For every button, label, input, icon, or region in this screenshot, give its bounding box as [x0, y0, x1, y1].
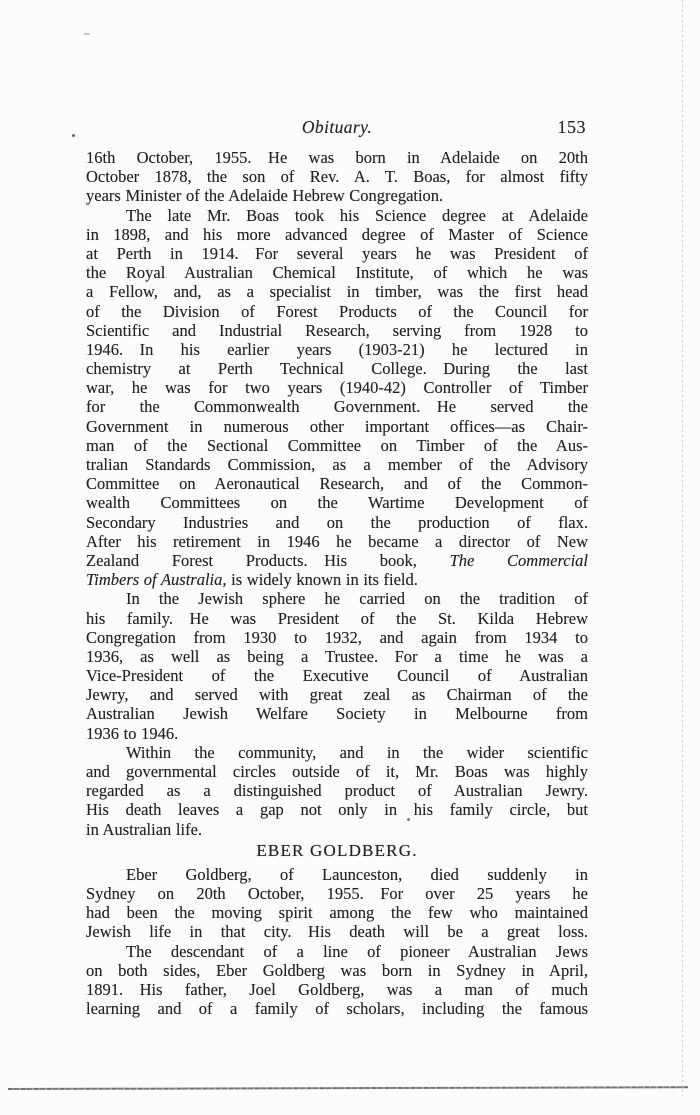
text-line: October 1878, the son of Rev. A. T. Boas… [86, 167, 588, 186]
text-line: Zealand Forest Products. His book, The C… [86, 551, 588, 570]
text-line: Timbers of Australia, is widely known in… [86, 570, 588, 589]
running-title: Obituary. [86, 117, 588, 137]
text-line: Eber Goldberg, of Launceston, died sudde… [86, 865, 588, 884]
document-body: 16th October, 1955. He was born in Adela… [86, 148, 588, 1018]
text-line: man of the Sectional Committee on Timber… [86, 436, 588, 455]
text-line: Jewish life in that city. His death will… [86, 922, 588, 941]
text-line: at Perth in 1914. For several years he w… [86, 244, 588, 263]
text-line: on both sides, Eber Goldberg was born in… [86, 961, 588, 980]
text-line: Committee on Aeronautical Research, and … [86, 474, 588, 493]
text-line: chemistry at Perth Technical College. Du… [86, 359, 588, 378]
text-line: in 1898, and his more advanced degree of… [86, 225, 588, 244]
text-line: Sydney on 20th October, 1955. For over 2… [86, 884, 588, 903]
text-line: 1946. In his earlier years (1903-21) he … [86, 340, 588, 359]
scan-speck-dot [72, 134, 75, 137]
text-line: 1936, as well as being a Trustee. For a … [86, 647, 588, 666]
text-line: The descendant of a line of pioneer Aust… [86, 942, 588, 961]
text-line: for the Commonwealth Government. He serv… [86, 397, 588, 416]
scan-artifact-page-edge-line [682, 0, 683, 1096]
text-line: Vice-President of the Executive Council … [86, 666, 588, 685]
text-line: After his retirement in 1946 he became a… [86, 532, 588, 551]
text-line: In the Jewish sphere he carried on the t… [86, 589, 588, 608]
text-line: The late Mr. Boas took his Science degre… [86, 206, 588, 225]
text-line: tralian Standards Commission, as a membe… [86, 455, 588, 474]
page-header: Obituary. 153 [86, 117, 588, 137]
text-line: Within the community, and in the wider s… [86, 743, 588, 762]
text-line: a Fellow, and, as a specialist in timber… [86, 282, 588, 301]
text-line: Government in numerous other important o… [86, 417, 588, 436]
text-line: Scientific and Industrial Research, serv… [86, 321, 588, 340]
text-line: learning and of a family of scholars, in… [86, 999, 588, 1018]
section-heading: EBER GOLDBERG. [86, 841, 588, 861]
text-block: Obituary. 153 16th October, 1955. He was… [86, 117, 588, 1018]
scan-speck-dash [84, 33, 90, 35]
text-line: war, he was for two years (1940-42) Cont… [86, 378, 588, 397]
text-line: and governmental circles outside of it, … [86, 762, 588, 781]
text-line: wealth Committees on the Wartime Develop… [86, 493, 588, 512]
text-line: his family. He was President of the St. … [86, 609, 588, 628]
scan-artifact-horizontal-line [8, 1086, 688, 1090]
text-line: the Royal Australian Chemical Institute,… [86, 263, 588, 282]
text-line: in Australian life. [86, 820, 588, 839]
text-line: regarded as a distinguished product of A… [86, 781, 588, 800]
text-line: Congregation from 1930 to 1932, and agai… [86, 628, 588, 647]
text-line: Secondary Industries and on the producti… [86, 513, 588, 532]
page-number: 153 [558, 117, 587, 137]
text-line: Jewry, and served with great zeal as Cha… [86, 685, 588, 704]
text-line: years Minister of the Adelaide Hebrew Co… [86, 186, 588, 205]
text-line: 1891. His father, Joel Goldberg, was a m… [86, 980, 588, 999]
text-line: 16th October, 1955. He was born in Adela… [86, 148, 588, 167]
text-line: had been the moving spirit among the few… [86, 903, 588, 922]
text-line: 1936 to 1946. [86, 724, 588, 743]
text-line: Australian Jewish Welfare Society in Mel… [86, 704, 588, 723]
text-line: His death leaves a gap not only in his f… [86, 800, 588, 819]
text-line: of the Division of Forest Products of th… [86, 302, 588, 321]
scanned-page: Obituary. 153 16th October, 1955. He was… [0, 0, 700, 1115]
